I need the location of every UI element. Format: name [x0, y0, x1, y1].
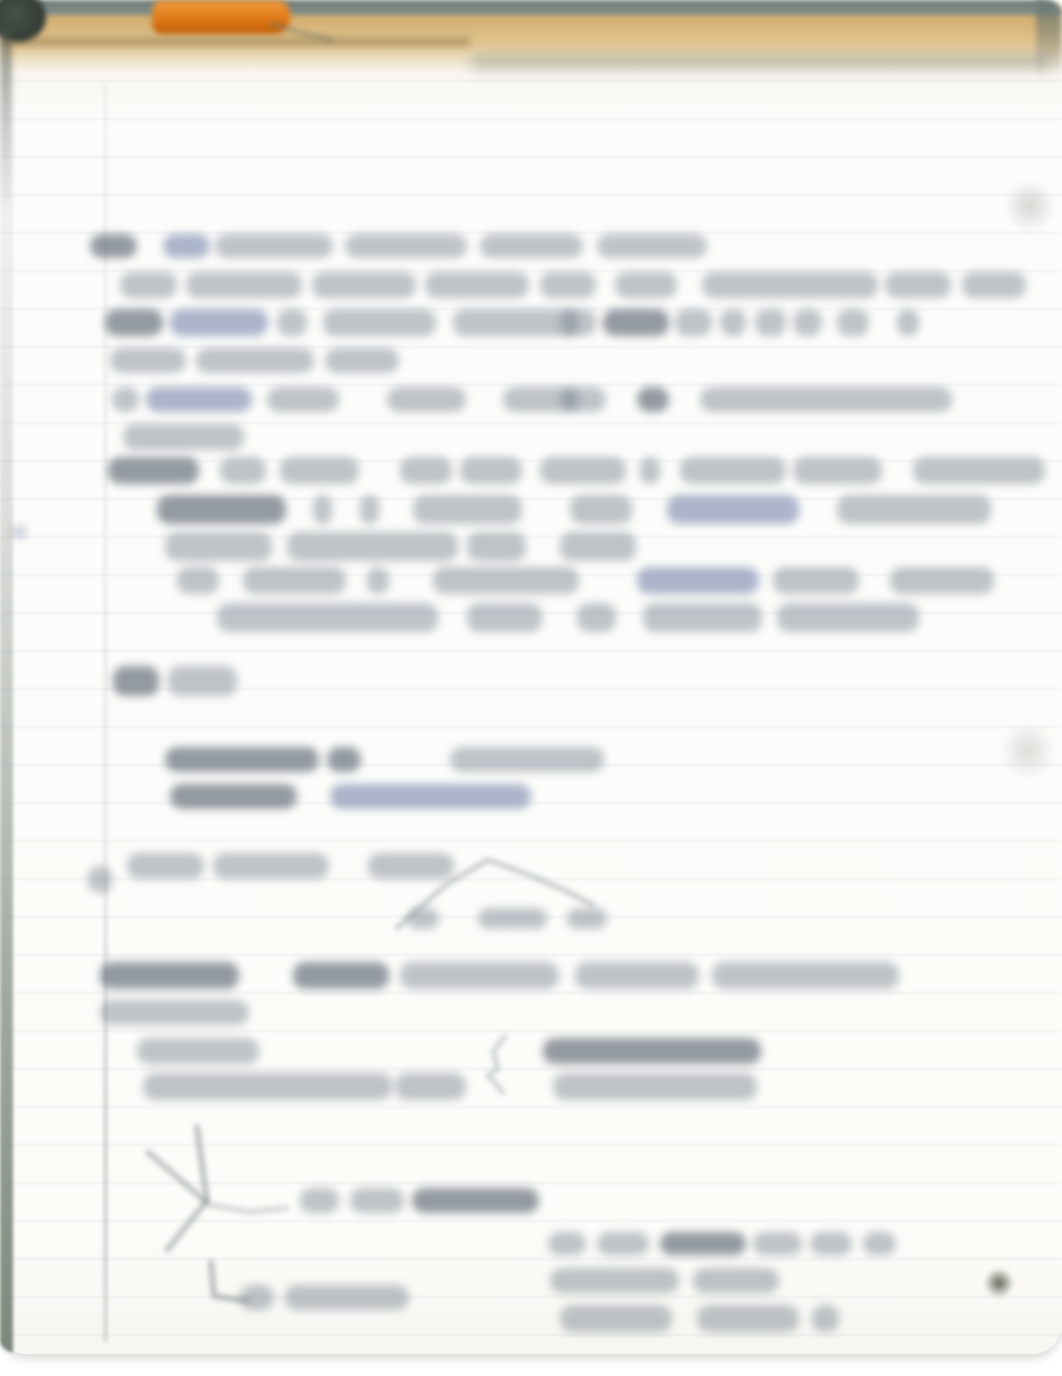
- handwriting-stroke: [196, 348, 314, 373]
- handwriting-stroke: [143, 1073, 392, 1100]
- handwriting-stroke: [597, 234, 707, 258]
- handwriting-stroke: [100, 1000, 249, 1025]
- handwriting-stroke: [702, 272, 878, 298]
- handwriting-stroke: [615, 272, 677, 298]
- handwriting-stroke: [240, 1285, 274, 1310]
- handwriting-stroke: [137, 1038, 259, 1064]
- handwriting-stroke: [267, 387, 339, 412]
- handwriting-stroke: [108, 457, 199, 484]
- handwriting-stroke: [597, 1232, 649, 1255]
- handwriting-stroke: [567, 908, 607, 929]
- handwriting-stroke: [577, 603, 616, 632]
- handwriting-stroke: [300, 1188, 339, 1213]
- handwriting-stroke: [540, 272, 596, 298]
- handwriting-stroke: [543, 1038, 761, 1064]
- handwriting-stroke: [480, 234, 583, 258]
- handwriting-stroke: [100, 962, 239, 989]
- handwriting-stroke: [165, 532, 272, 561]
- handwriting-stroke: [675, 309, 712, 336]
- handwriting-stroke: [325, 348, 399, 373]
- handwriting-stroke: [213, 853, 329, 879]
- handwriting-stroke: [693, 1268, 779, 1293]
- handwriting-stroke: [360, 495, 379, 524]
- handwriting-stroke: [460, 457, 522, 484]
- handwriting-stroke: [312, 272, 416, 298]
- handwriting-stroke: [90, 234, 137, 258]
- handwriting-stroke: [368, 853, 454, 879]
- handwriting-stroke: [327, 747, 361, 772]
- handwriting-stroke: [720, 309, 746, 336]
- handwriting-stroke: [112, 387, 139, 412]
- handwriting-stroke: [863, 1232, 896, 1255]
- handwriting-stroke: [407, 908, 439, 929]
- handwriting-stroke: [890, 567, 994, 594]
- handwriting-stroke: [280, 457, 359, 484]
- handwriting-stroke: [793, 309, 822, 336]
- handwriting-stroke: [120, 272, 177, 298]
- handwriting-stroke: [478, 908, 547, 929]
- handwriting-stroke: [367, 567, 389, 594]
- handwriting-stroke: [413, 495, 522, 524]
- handwriting-stroke: [773, 567, 859, 594]
- handwriting-stroke: [467, 532, 526, 561]
- handwriting-stroke: [287, 532, 458, 561]
- handwriting-stroke: [412, 1188, 539, 1213]
- handwriting-stroke: [560, 532, 636, 561]
- handwriting-stroke: [170, 784, 297, 809]
- handwriting-stroke: [217, 603, 438, 632]
- handwriting-stroke: [165, 747, 319, 772]
- handwriting-stroke: [637, 387, 669, 412]
- handwriting-stroke: [560, 387, 606, 412]
- handwriting-stroke: [285, 1285, 409, 1310]
- notebook-photo: [0, 0, 1062, 1376]
- handwriting-stroke: [643, 603, 762, 632]
- handwriting-stroke: [323, 309, 436, 336]
- handwriting-stroke: [425, 272, 529, 298]
- handwriting-stroke: [345, 234, 467, 258]
- handwriting-stroke: [712, 962, 899, 989]
- handwriting-stroke: [395, 1073, 466, 1100]
- handwriting-stroke: [777, 603, 919, 632]
- handwriting-stroke: [400, 962, 559, 989]
- handwriting-stroke: [170, 309, 268, 336]
- handwriting-stroke: [548, 1232, 586, 1255]
- handwriting-stroke: [467, 603, 542, 632]
- handwriting-stroke: [810, 1232, 852, 1255]
- handwriting-stroke: [433, 567, 579, 594]
- handwriting-stroke: [88, 866, 112, 893]
- handwriting-stroke: [105, 309, 163, 336]
- handwriting-stroke: [277, 309, 307, 336]
- handwriting-stroke: [660, 1232, 746, 1255]
- handwriting-stroke: [913, 457, 1045, 484]
- handwriting-stroke: [330, 784, 531, 809]
- handwriting-stroke: [560, 309, 596, 336]
- handwriting-stroke: [313, 495, 332, 524]
- handwriting-stroke: [127, 853, 204, 879]
- handwriting-stroke: [350, 1188, 404, 1213]
- handwriting-stroke: [550, 1268, 679, 1293]
- handwriting-stroke: [885, 272, 951, 298]
- handwriting-stroke: [177, 567, 219, 594]
- handwriting-stroke: [157, 495, 286, 524]
- handwriting-stroke: [575, 962, 699, 989]
- handwriting-stroke: [243, 567, 346, 594]
- handwriting-stroke: [110, 348, 186, 373]
- handwriting-stroke: [697, 1305, 799, 1332]
- handwriting-stroke: [293, 962, 389, 989]
- handwriting-stroke: [753, 1232, 802, 1255]
- handwriting-stroke: [837, 309, 869, 336]
- handwriting-stroke: [603, 309, 669, 336]
- handwriting-stroke: [186, 272, 302, 298]
- handwriting-stroke: [553, 1073, 757, 1100]
- handwriting-stroke: [897, 309, 919, 336]
- handwriting-stroke: [755, 309, 786, 336]
- handwriting-layer: [0, 0, 1062, 1376]
- handwriting-stroke: [400, 457, 452, 484]
- handwriting-stroke: [450, 747, 604, 772]
- handwriting-stroke: [637, 567, 759, 594]
- handwriting-stroke: [837, 495, 991, 524]
- handwriting-stroke: [215, 234, 333, 258]
- handwriting-stroke: [962, 272, 1026, 298]
- handwriting-stroke: [387, 387, 466, 412]
- handwriting-stroke: [163, 234, 210, 258]
- handwriting-stroke: [146, 387, 252, 412]
- handwriting-stroke: [640, 457, 660, 484]
- handwriting-stroke: [570, 495, 632, 524]
- handwriting-stroke: [700, 387, 952, 412]
- handwriting-stroke: [812, 1305, 839, 1332]
- handwriting-stroke: [667, 495, 799, 524]
- handwriting-stroke: [560, 1305, 672, 1332]
- handwriting-stroke: [220, 457, 266, 484]
- handwriting-stroke: [123, 424, 244, 450]
- handwriting-stroke: [168, 666, 237, 696]
- handwriting-stroke: [113, 666, 159, 696]
- handwriting-stroke: [680, 457, 786, 484]
- handwriting-stroke: [540, 457, 626, 484]
- handwriting-stroke: [793, 457, 882, 484]
